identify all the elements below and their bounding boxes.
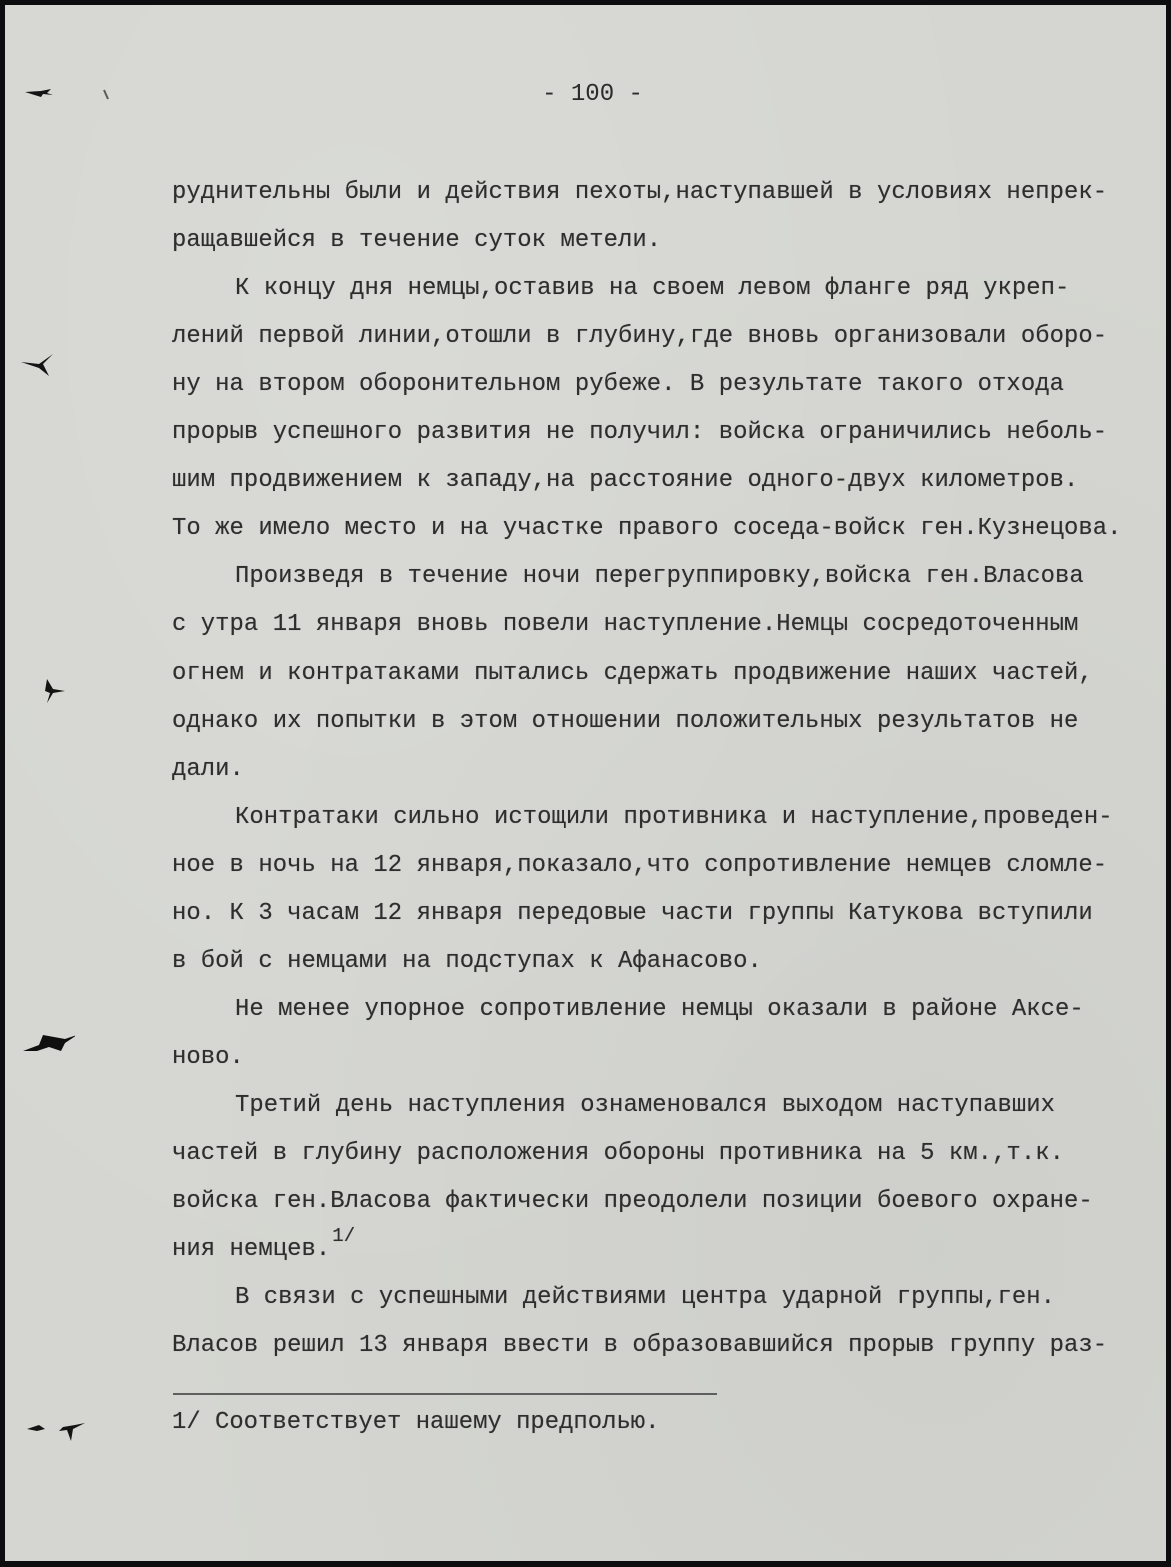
text-line: ново. — [172, 1044, 244, 1072]
text-line-content: с утра 11 января вновь повели наступлени… — [172, 611, 1078, 638]
text-line-content: Третий день наступления ознаменовался вы… — [235, 1092, 1055, 1119]
text-line-content: в бой с немцами на подступах к Афанасово… — [172, 948, 762, 975]
punch-mark-icon — [23, 83, 63, 103]
text-line-content: Произведя в течение ночи перегруппировку… — [235, 563, 1084, 590]
punch-mark-icon — [19, 350, 59, 380]
page-number-text: - 100 - — [542, 81, 643, 108]
text-line-content: То же имело место и на участке правого с… — [172, 515, 1122, 542]
text-line-content: К концу дня немцы,оставив на своем левом… — [235, 275, 1069, 302]
text-line: Власов решил 13 января ввести в образова… — [172, 1332, 1107, 1360]
text-line: частей в глубину расположения обороны пр… — [172, 1140, 1064, 1168]
text-line-content: ращавшейся в течение суток метели. — [172, 227, 661, 254]
text-line-content: ну на втором оборонительном рубеже. В ре… — [172, 371, 1064, 398]
text-line-content: руднительны были и действия пехоты,насту… — [172, 179, 1107, 206]
text-line-content: но. К 3 часам 12 января передовые части … — [172, 900, 1093, 927]
text-line-content: дали. — [172, 756, 244, 783]
text-line: лений первой линии,отошли в глубину,где … — [172, 323, 1107, 351]
text-line: прорыв успешного развития не получил: во… — [172, 419, 1107, 447]
text-line: Третий день наступления ознаменовался вы… — [235, 1092, 1055, 1120]
text-line: ния немцев.1/ — [172, 1236, 355, 1264]
text-line: шим продвижением к западу,на расстояние … — [172, 467, 1078, 495]
text-line-content: войска ген.Власова фактически преодолели… — [172, 1188, 1093, 1215]
text-line-content: Не менее упорное сопротивление немцы ока… — [235, 996, 1084, 1023]
text-line: То же имело место и на участке правого с… — [172, 515, 1122, 543]
text-line-content: ное в ночь на 12 января,показало,что соп… — [172, 852, 1107, 879]
text-line: Не менее упорное сопротивление немцы ока… — [235, 996, 1084, 1024]
text-line-content: шим продвижением к западу,на расстояние … — [172, 467, 1078, 494]
text-line-content: Власов решил 13 января ввести в образова… — [172, 1332, 1107, 1359]
text-line-content: прорыв успешного развития не получил: во… — [172, 419, 1107, 446]
text-line: но. К 3 часам 12 января передовые части … — [172, 900, 1093, 928]
text-line-content: ново. — [172, 1044, 244, 1071]
text-line-content: однако их попытки в этом отношении полож… — [172, 708, 1078, 735]
text-line: дали. — [172, 756, 244, 784]
text-line-content: огнем и контратаками пытались сдержать п… — [172, 660, 1093, 687]
speck-icon — [102, 89, 110, 101]
text-line-content: ния немцев. — [172, 1236, 330, 1263]
footnote: 1/ Соответствует нашему предполью. — [172, 1409, 659, 1437]
punch-mark-icon — [25, 1417, 85, 1447]
text-line: в бой с немцами на подступах к Афанасово… — [172, 948, 762, 976]
text-line: Контратаки сильно истощили противника и … — [235, 804, 1113, 832]
text-line: руднительны были и действия пехоты,насту… — [172, 179, 1107, 207]
text-line: однако их попытки в этом отношении полож… — [172, 708, 1078, 736]
text-line-content: лений первой линии,отошли в глубину,где … — [172, 323, 1107, 350]
text-line: войска ген.Власова фактически преодолели… — [172, 1188, 1093, 1216]
text-line: Произведя в течение ночи перегруппировку… — [235, 563, 1084, 591]
text-line-content: В связи с успешными действиями центра уд… — [235, 1284, 1055, 1311]
punch-mark-icon — [21, 1029, 75, 1063]
text-line: с утра 11 января вновь повели наступлени… — [172, 611, 1078, 639]
footnote-separator — [173, 1393, 717, 1395]
footnote-reference: 1/ — [332, 1225, 355, 1247]
text-line-content: Контратаки сильно истощили противника и … — [235, 804, 1113, 831]
text-line: К концу дня немцы,оставив на своем левом… — [235, 275, 1069, 303]
text-line: ну на втором оборонительном рубеже. В ре… — [172, 371, 1064, 399]
text-line: огнем и контратаками пытались сдержать п… — [172, 660, 1093, 688]
text-line: В связи с успешными действиями центра уд… — [235, 1284, 1055, 1312]
punch-mark-icon — [41, 675, 71, 705]
document-page: - 100 - руднительны были и действия пехо… — [5, 5, 1166, 1561]
page-number: - 100 - — [5, 81, 1166, 108]
text-line: ное в ночь на 12 января,показало,что соп… — [172, 852, 1107, 880]
text-line: ращавшейся в течение суток метели. — [172, 227, 661, 255]
text-line-content: частей в глубину расположения обороны пр… — [172, 1140, 1064, 1167]
